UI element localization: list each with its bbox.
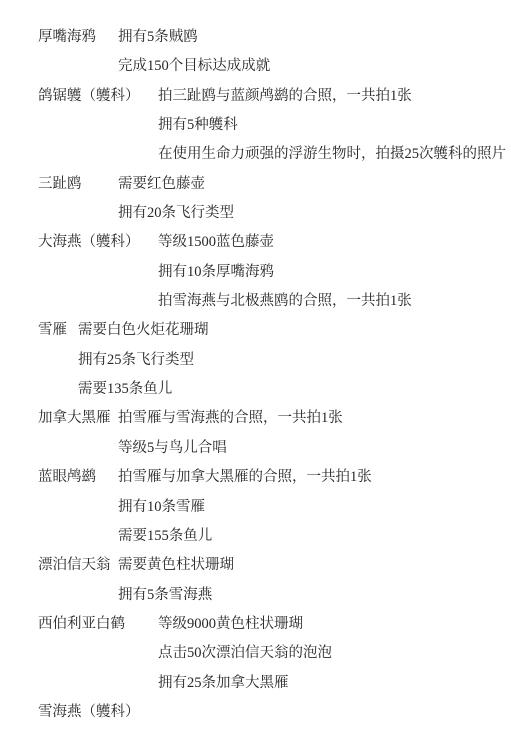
species-name: 大海燕（鹱科）: [38, 228, 140, 257]
task-text: 拍雪海燕与北极燕鸥的合照，一共拍1张: [158, 287, 412, 316]
task-text: 拥有5种鹱科: [158, 111, 238, 140]
doc-line: 大海燕（鹱科）等级1500蓝色藤壶: [38, 228, 511, 257]
species-name: 漂泊信天翁: [38, 551, 111, 580]
doc-line: 蓝眼鸬鹚拍雪雁与加拿大黑雁的合照，一共拍1张: [38, 463, 511, 492]
species-name: 雪海燕（鹱科）: [38, 698, 140, 727]
doc-line: 拥有25条飞行类型: [38, 346, 511, 375]
task-text: 拍雪雁与雪海燕的合照，一共拍1张: [118, 404, 343, 433]
species-name: 蓝眼鸬鹚: [38, 463, 96, 492]
task-text: 完成150个目标达成成就: [118, 52, 270, 81]
doc-line: 鸽锯鹱（鹱科）拍三趾鸥与蓝颜鸬鹚的合照，一共拍1张: [38, 82, 511, 111]
task-text: 等级5与鸟儿合唱: [118, 434, 227, 463]
species-name: 鸽锯鹱（鹱科）: [38, 82, 140, 111]
doc-line: 雪海燕（鹱科）: [38, 698, 511, 727]
task-text: 拍三趾鸥与蓝颜鸬鹚的合照，一共拍1张: [158, 82, 412, 111]
task-text: 点击50次漂泊信天翁的泡泡: [158, 639, 332, 668]
task-text: 拥有10条雪雁: [118, 493, 205, 522]
doc-line: 拥有25条加拿大黑雁: [38, 669, 511, 698]
document-page: 厚嘴海鸦拥有5条贼鸥完成150个目标达成成就鸽锯鹱（鹱科）拍三趾鸥与蓝颜鸬鹚的合…: [0, 0, 511, 730]
doc-line: 拥有10条雪雁: [38, 493, 511, 522]
task-text: 拥有25条加拿大黑雁: [158, 669, 289, 698]
task-text: 需要白色火炬花珊瑚: [78, 316, 209, 345]
task-text: 在使用生命力顽强的浮游生物时，拍摄25次鹱科的照片: [158, 140, 506, 169]
doc-line: 拥有10条厚嘴海鸦: [38, 258, 511, 287]
doc-line: 等级5与鸟儿合唱: [38, 434, 511, 463]
task-text: 拥有5条贼鸥: [118, 23, 198, 52]
task-text: 需要黄色柱状珊瑚: [118, 551, 234, 580]
species-name: 雪雁: [38, 316, 67, 345]
task-text: 等级9000黄色柱状珊瑚: [158, 610, 303, 639]
task-text: 需要红色藤壶: [118, 170, 205, 199]
species-name: 三趾鸥: [38, 170, 82, 199]
doc-line: 在使用生命力顽强的浮游生物时，拍摄25次鹱科的照片: [38, 140, 511, 169]
doc-line: 加拿大黑雁拍雪雁与雪海燕的合照，一共拍1张: [38, 404, 511, 433]
species-name: 厚嘴海鸦: [38, 23, 96, 52]
doc-line: 需要155条鱼儿: [38, 522, 511, 551]
species-name: 加拿大黑雁: [38, 404, 111, 433]
doc-line: 雪雁需要白色火炬花珊瑚: [38, 316, 511, 345]
doc-line: 西伯利亚白鹤等级9000黄色柱状珊瑚: [38, 610, 511, 639]
task-text: 拥有5条雪海燕: [118, 581, 212, 610]
task-text: 拥有25条飞行类型: [78, 346, 194, 375]
doc-line: 点击50次漂泊信天翁的泡泡: [38, 639, 511, 668]
task-text: 拥有10条厚嘴海鸦: [158, 258, 274, 287]
task-text: 需要155条鱼儿: [118, 522, 212, 551]
doc-line: 漂泊信天翁需要黄色柱状珊瑚: [38, 551, 511, 580]
doc-line: 拥有5条雪海燕: [38, 581, 511, 610]
doc-line: 拥有20条飞行类型: [38, 199, 511, 228]
doc-line: 需要135条鱼儿: [38, 375, 511, 404]
task-text: 拥有20条飞行类型: [118, 199, 234, 228]
doc-line: 完成150个目标达成成就: [38, 52, 511, 81]
task-text: 需要135条鱼儿: [78, 375, 172, 404]
doc-line: 拍雪海燕与北极燕鸥的合照，一共拍1张: [38, 287, 511, 316]
task-text: 等级1500蓝色藤壶: [158, 228, 274, 257]
doc-line: 厚嘴海鸦拥有5条贼鸥: [38, 23, 511, 52]
doc-line: 拥有5种鹱科: [38, 111, 511, 140]
species-name: 西伯利亚白鹤: [38, 610, 125, 639]
task-text: 拍雪雁与加拿大黑雁的合照，一共拍1张: [118, 463, 372, 492]
doc-line: 三趾鸥需要红色藤壶: [38, 170, 511, 199]
